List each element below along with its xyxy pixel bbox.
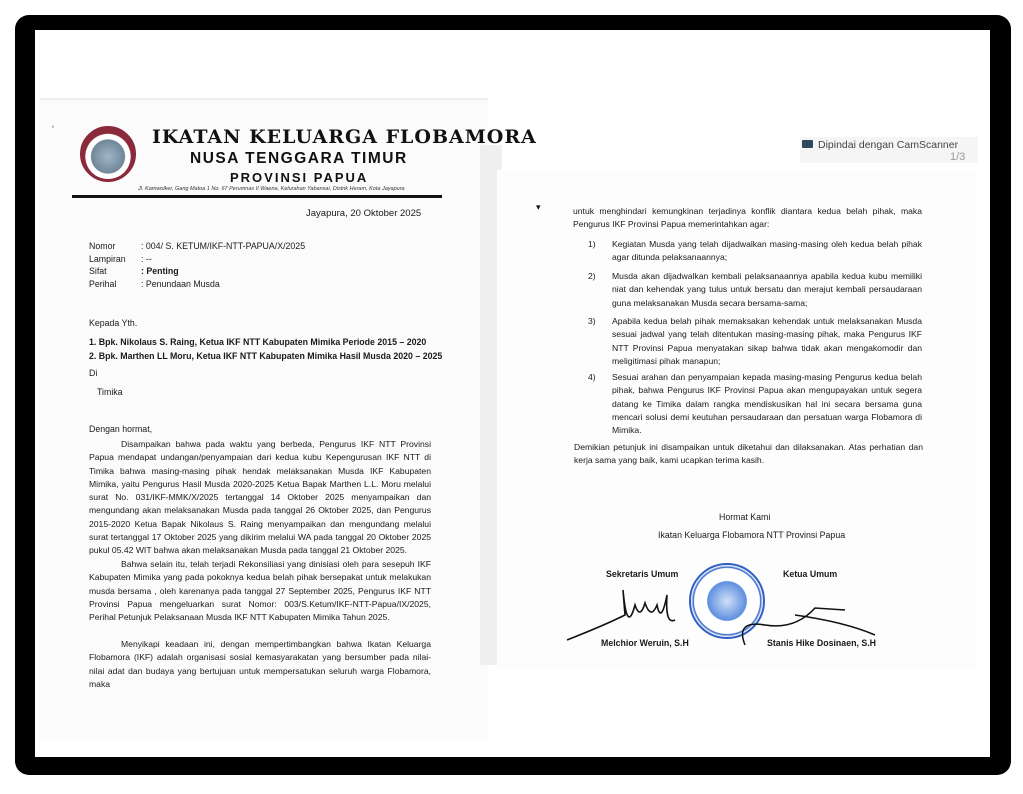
signature-secretary <box>565 585 695 645</box>
greeting: Dengan hormat, <box>89 424 152 434</box>
location: Timika <box>97 387 123 397</box>
paragraph-3: Menyikapi keadaan ini, dengan mempertimb… <box>89 638 431 691</box>
paragraph-2: Bahwa selain itu, telah terjadi Rekonsil… <box>89 558 431 624</box>
org-province: PROVINSI PAPUA <box>230 170 368 185</box>
page-indicator: 1/3 <box>950 151 965 163</box>
order-number: 1) <box>588 238 596 251</box>
scan-speck: ▾ <box>536 202 541 213</box>
order-item: 1)Kegiatan Musda yang telah dijadwalkan … <box>612 238 922 265</box>
salutation-to: Kepada Yth. <box>89 318 137 328</box>
meta-key: Sifat <box>89 265 141 278</box>
ikf-ntt-logo <box>80 126 136 182</box>
recipient-2: 2. Bpk. Marthen LL Moru, Ketua IKF NTT K… <box>89 351 442 361</box>
meta-row: Perihal: Penundaan Musda <box>89 278 305 291</box>
meta-key: Nomor <box>89 240 141 253</box>
signatory-title: Ketua Umum <box>783 569 837 579</box>
org-address: Jl. Kamwolker, Gang Matoa 1 No. 67 Perum… <box>138 186 405 192</box>
meta-key: Perihal <box>89 278 141 291</box>
camscanner-icon <box>802 140 813 148</box>
meta-value: : Penundaan Musda <box>141 278 220 291</box>
meta-row: Nomor: 004/ S. KETUM/IKF-NTT-PAPUA/X/202… <box>89 240 305 253</box>
signatory-title: Sekretaris Umum <box>606 569 678 579</box>
order-number: 3) <box>588 315 596 328</box>
di-label: Di <box>89 368 97 378</box>
paragraph-1: Disampaikan bahwa pada waktu yang berbed… <box>89 438 431 558</box>
meta-row: Sifat: Penting <box>89 265 305 278</box>
order-text: Apabila kedua belah pihak memaksakan keh… <box>612 316 922 366</box>
meta-row: Lampiran: -- <box>89 253 305 266</box>
order-item: 3)Apabila kedua belah pihak memaksakan k… <box>612 315 922 368</box>
camscanner-text: Dipindai dengan CamScanner <box>818 139 958 151</box>
signatory-name: Stanis Hike Dosinaen, S.H <box>767 638 876 648</box>
regards: Hormat Kami <box>719 512 770 522</box>
order-text: Kegiatan Musda yang telah dijadwalkan ma… <box>612 239 922 262</box>
meta-value: : 004/ S. KETUM/IKF-NTT-PAPUA/X/2025 <box>141 240 305 253</box>
order-number: 2) <box>588 270 596 283</box>
continuation-text: untuk menghindari kemungkinan terjadinya… <box>573 205 922 232</box>
order-text: Musda akan dijadwalkan kembali pelaksana… <box>612 271 922 308</box>
order-number: 4) <box>588 371 596 384</box>
order-text: Sesuai arahan dan penyampaian kepada mas… <box>612 372 922 435</box>
closing-text: Demikian petunjuk ini disampaikan untuk … <box>574 441 923 468</box>
org-region: NUSA TENGGARA TIMUR <box>190 150 408 168</box>
recipient-1: 1. Bpk. Nikolaus S. Raing, Ketua IKF NTT… <box>89 337 426 347</box>
meta-value: : Penting <box>141 265 179 278</box>
meta-key: Lampiran <box>89 253 141 266</box>
order-item: 2)Musda akan dijadwalkan kembali pelaksa… <box>612 270 922 310</box>
letter-meta: Nomor: 004/ S. KETUM/IKF-NTT-PAPUA/X/202… <box>89 240 305 290</box>
order-item: 4)Sesuai arahan dan penyampaian kepada m… <box>612 371 922 437</box>
signatory-name: Melchior Weruin, S.H <box>601 638 689 648</box>
meta-value: : -- <box>141 253 152 266</box>
letterhead-rule <box>72 195 442 198</box>
scan-speck: ʻ <box>52 124 54 134</box>
org-signoff: Ikatan Keluarga Flobamora NTT Provinsi P… <box>658 530 845 540</box>
place-date: Jayapura, 20 Oktober 2025 <box>306 208 421 219</box>
